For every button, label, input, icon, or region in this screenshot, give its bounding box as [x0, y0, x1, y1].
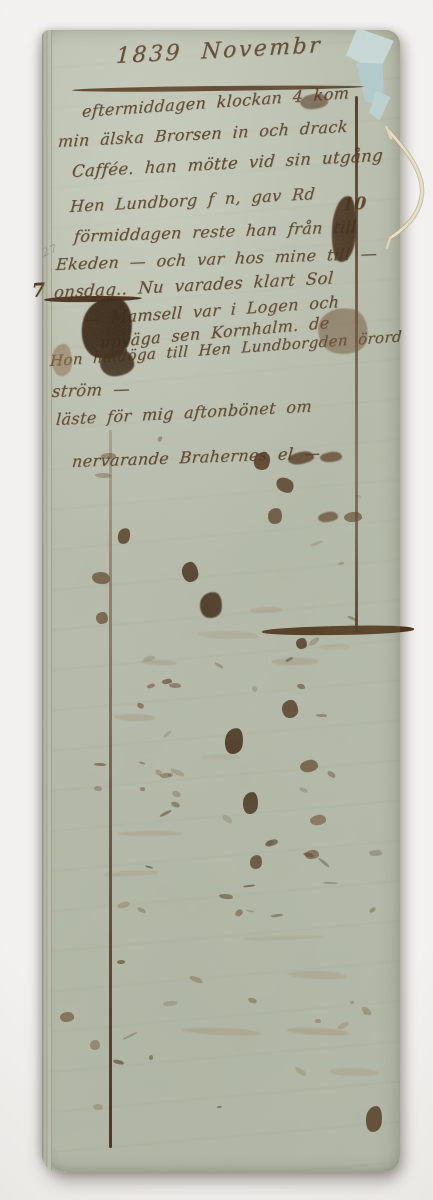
bleed-through-mark [198, 630, 258, 639]
manuscript-line: min älska Brorsen in och drack [57, 117, 348, 151]
bleed-through-mark [270, 914, 283, 919]
bleed-through-mark [201, 753, 240, 759]
manuscript-date-header: 1839 Novembr [115, 33, 322, 69]
bleed-through-mark [327, 770, 337, 779]
ink-blot [344, 511, 363, 522]
bleed-through-mark [93, 786, 101, 791]
bleed-through-mark [169, 683, 181, 689]
bleed-through-mark [360, 1005, 372, 1016]
ink-blot [96, 612, 108, 624]
ink-rule-right [355, 96, 358, 632]
bleed-through-mark [323, 882, 338, 885]
bleed-through-mark [172, 790, 182, 799]
bleed-through-mark [162, 1000, 176, 1006]
photograph-background: 1839 Novembr eftermiddagen klockan 4 kom… [0, 0, 433, 1200]
bleed-through-mark [214, 661, 225, 669]
bleed-through-mark [159, 809, 172, 818]
ink-blot [199, 591, 224, 619]
ink-blot [281, 699, 299, 719]
ink-blot [274, 474, 297, 495]
bleed-through-mark [138, 762, 144, 766]
ink-blot [60, 1011, 75, 1022]
bleed-through-mark [251, 685, 257, 692]
binding-string [378, 126, 433, 251]
ink-blot [52, 344, 72, 376]
manuscript-line: Caffée. han mötte vid sin utgång [71, 146, 383, 181]
bleed-through-mark [189, 975, 204, 985]
bleed-through-mark [219, 893, 233, 899]
bleed-through-mark [315, 1019, 321, 1023]
bleed-through-mark [315, 714, 326, 718]
manuscript-line: ström — [51, 379, 131, 401]
bleed-through-mark [221, 813, 233, 824]
ink-blot [320, 451, 343, 463]
ink-blot [91, 571, 110, 585]
ink-blot [299, 759, 319, 774]
bleed-through-mark [217, 1105, 222, 1108]
bleed-through-mark [141, 660, 177, 667]
manuscript-page: 1839 Novembr eftermiddagen klockan 4 kom… [42, 30, 400, 1172]
bleed-through-mark [248, 997, 258, 1004]
bleed-through-mark [117, 960, 126, 964]
manuscript-line: läste för mig aftonbönet om [55, 397, 312, 430]
bleed-through-mark [287, 970, 347, 980]
bleed-through-mark [293, 1066, 307, 1078]
ink-blot [365, 1105, 384, 1133]
ink-blot [296, 638, 307, 649]
bleed-through-mark [310, 540, 323, 547]
bleed-through-mark [117, 900, 131, 909]
bleed-through-mark [94, 762, 106, 766]
bleed-through-mark [329, 1068, 380, 1077]
bleed-through-mark [182, 1027, 261, 1038]
bleed-through-mark [319, 644, 350, 650]
ink-blot [223, 727, 244, 755]
bleed-through-mark [350, 1001, 355, 1005]
bleed-through-mark [249, 607, 283, 614]
ink-stroke-horizontal [262, 625, 414, 637]
bleed-through-mark [242, 935, 324, 942]
page-stack-edges [42, 30, 59, 1172]
ink-rule-left [109, 430, 112, 1148]
bleed-through-mark [338, 561, 344, 565]
bleed-through-mark [136, 702, 144, 710]
ink-blot [267, 507, 284, 525]
bleed-through-mark [368, 907, 376, 914]
ink-blot [180, 561, 199, 583]
bleed-through-mark [234, 908, 244, 917]
ink-blot [116, 527, 132, 546]
word-underline-stroke [44, 295, 142, 303]
bleed-through-mark [137, 907, 147, 915]
bleed-through-mark [114, 713, 155, 721]
bleed-through-mark [139, 787, 145, 793]
ink-blot [242, 791, 259, 814]
bleed-through-mark [337, 1020, 350, 1030]
bleed-through-mark [162, 730, 171, 738]
bleed-through-mark [271, 658, 319, 666]
bleed-through-mark [171, 800, 181, 808]
bleed-through-mark [318, 857, 330, 868]
bleed-through-mark [145, 865, 153, 869]
bleed-through-mark [298, 787, 308, 794]
bleed-through-mark [243, 884, 255, 888]
bleed-through-mark [112, 1059, 123, 1066]
manuscript-line: Hen Lundborg f n, gav Rd [69, 184, 315, 216]
bleed-through-mark [93, 1103, 104, 1110]
manuscript-line: förmiddagen reste han från till [73, 217, 357, 246]
ink-blot [90, 1040, 100, 1050]
bleed-through-mark [122, 1031, 137, 1040]
bleed-through-mark [149, 1055, 154, 1060]
bleed-through-mark [296, 683, 305, 690]
ink-blot [249, 854, 263, 870]
bleed-through-mark [117, 831, 182, 836]
ink-blot [309, 814, 326, 826]
bleed-through-mark [147, 683, 155, 689]
bleed-through-mark [157, 436, 163, 443]
bleed-through-mark [246, 909, 254, 913]
bleed-through-mark [369, 850, 382, 856]
ink-blot [317, 511, 338, 524]
